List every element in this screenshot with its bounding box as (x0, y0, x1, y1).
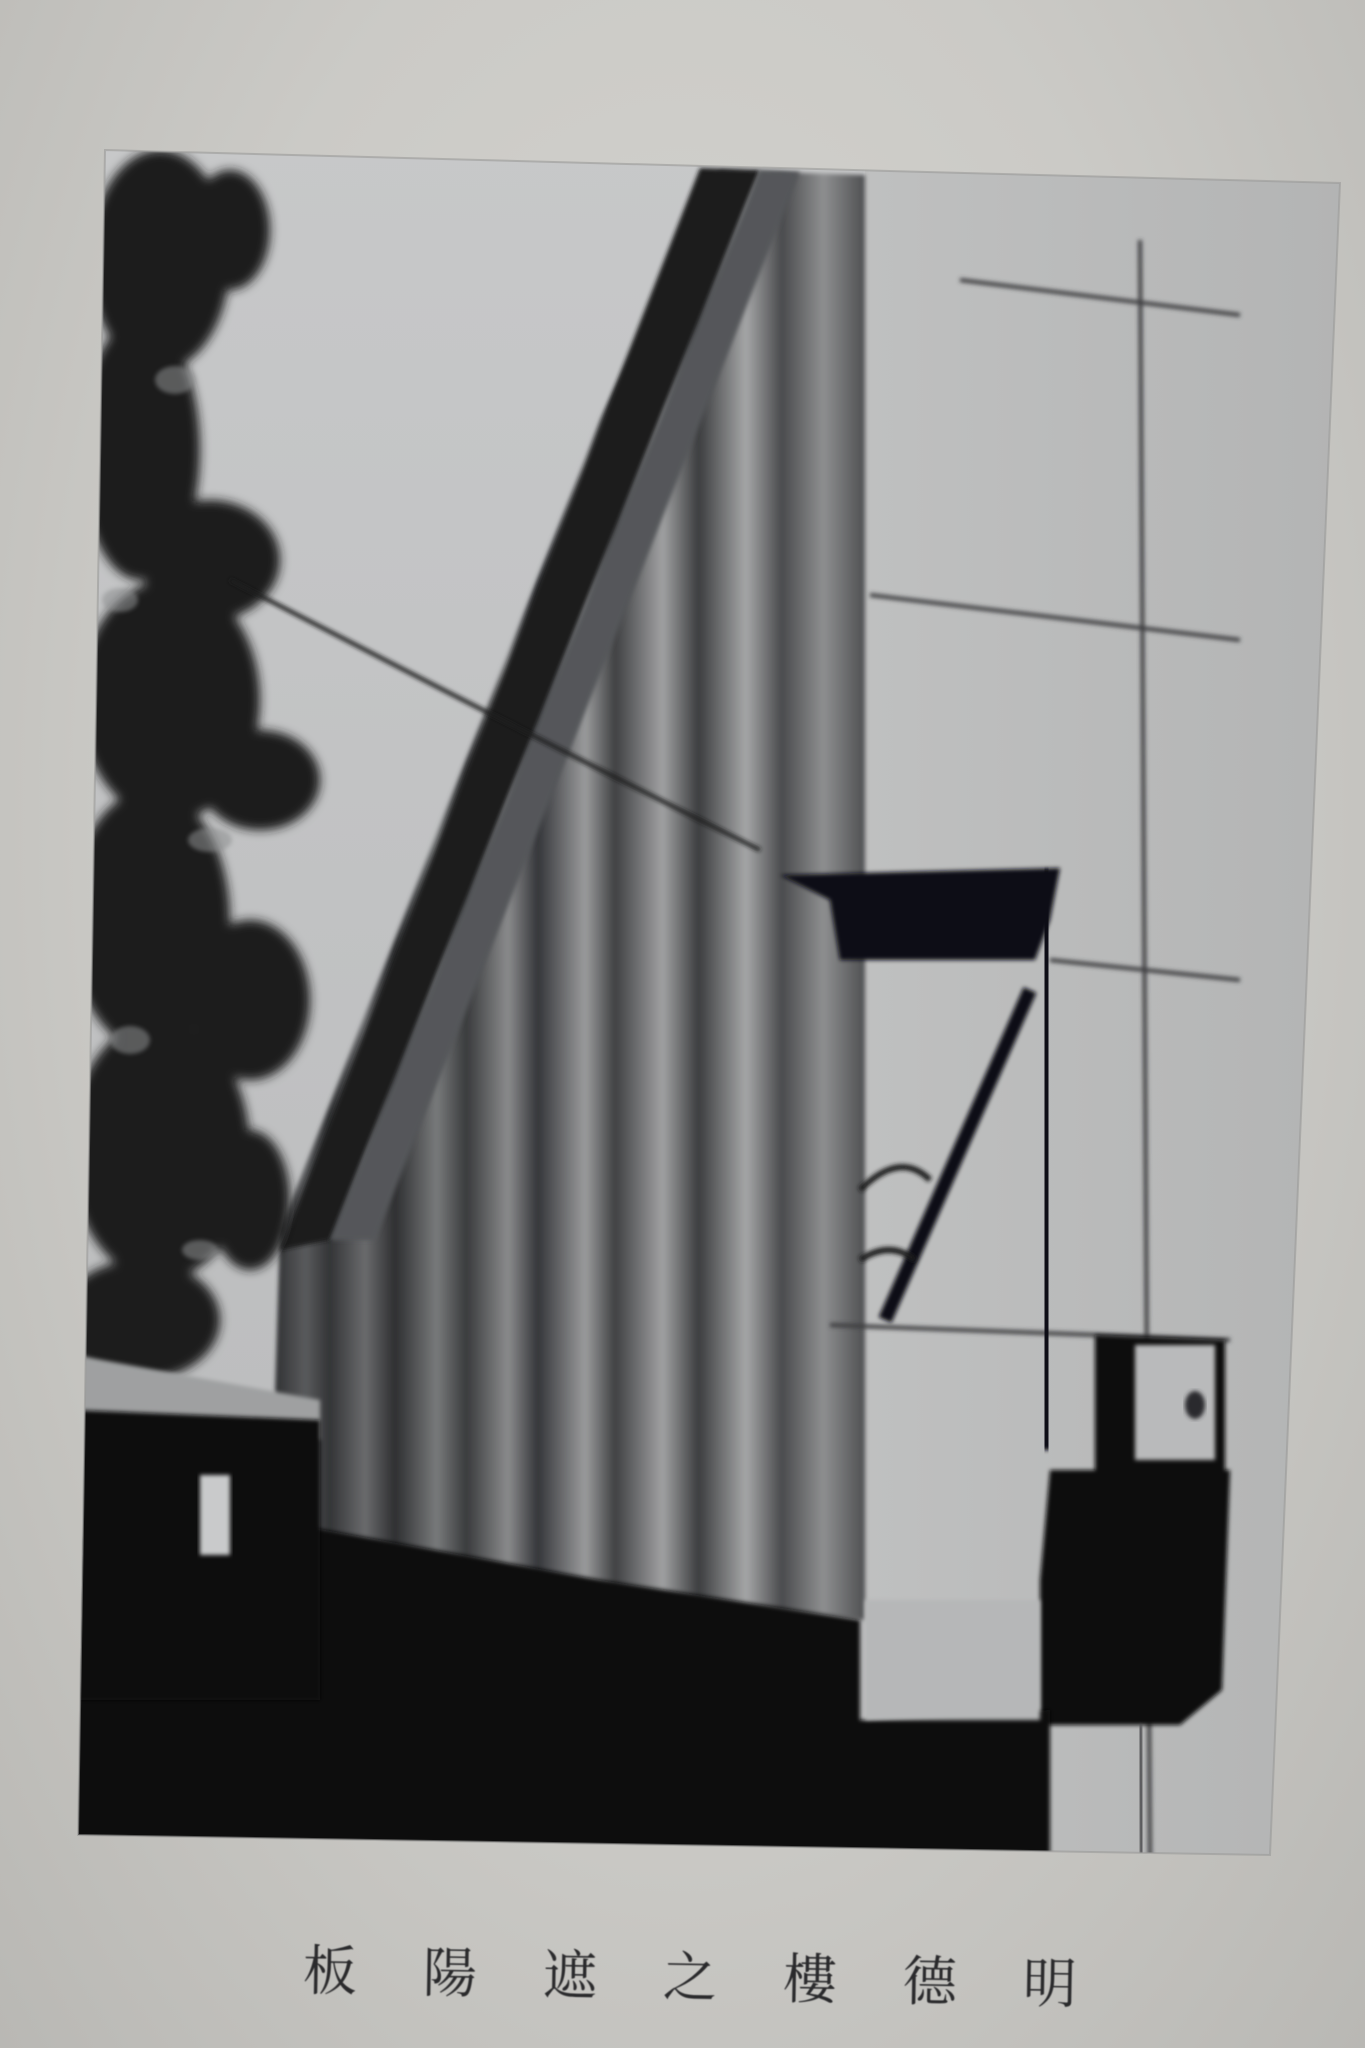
caption-glyph: 遮 (529, 1932, 610, 2010)
shed (75, 1410, 320, 1700)
caption-glyph: 之 (649, 1934, 730, 2012)
building-photo (0, 0, 1365, 2048)
caption-glyph: 明 (1009, 1940, 1090, 2018)
vertical-post (1045, 870, 1048, 1450)
caption-glyph: 德 (889, 1938, 970, 2016)
caption-glyph: 陽 (409, 1930, 490, 2008)
photo-caption: 板 陽 遮 之 樓 德 明 (289, 1921, 1090, 2025)
photograph (0, 0, 1365, 2048)
caption-glyph: 樓 (769, 1936, 850, 2014)
caption-glyph: 板 (289, 1928, 370, 2006)
